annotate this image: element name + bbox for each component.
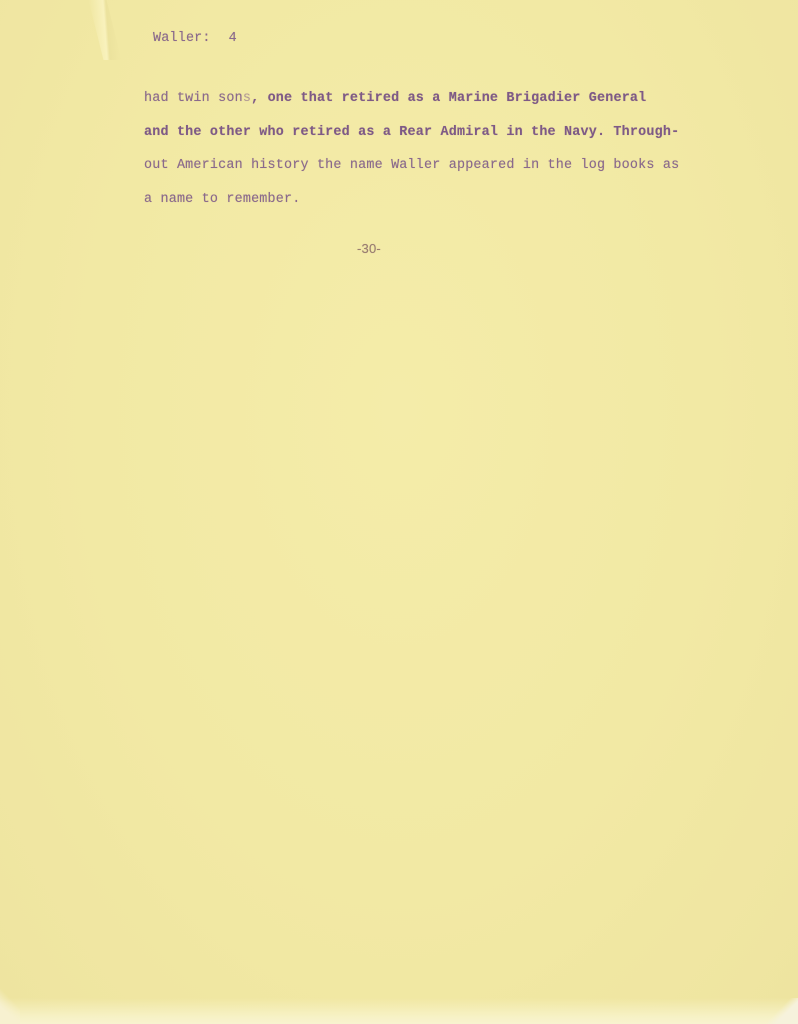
paper-corner-bottom-right bbox=[768, 998, 798, 1024]
text-segment: out American history the name Waller app… bbox=[144, 158, 679, 173]
header-name: Waller: bbox=[153, 31, 211, 46]
paper-corner-bottom-left bbox=[0, 984, 20, 1024]
page-number: 4 bbox=[229, 31, 237, 46]
end-mark: -30- bbox=[357, 241, 381, 256]
text-segment: s bbox=[243, 91, 251, 106]
paper-crease bbox=[89, 0, 122, 60]
paper-bottom-edge bbox=[0, 998, 798, 1024]
typewritten-page: Waller:4 had twin sons, one that retired… bbox=[0, 0, 798, 1024]
body-line-2: and the other who retired as a Rear Admi… bbox=[144, 125, 679, 140]
body-line-4: a name to remember. bbox=[144, 192, 300, 207]
body-line-3: out American history the name Waller app… bbox=[144, 158, 679, 173]
text-segment: , one that retired as a Marine Brigadier… bbox=[251, 91, 646, 106]
text-segment: had twin son bbox=[144, 91, 243, 106]
page-header: Waller:4 bbox=[153, 31, 237, 46]
body-line-1: had twin sons, one that retired as a Mar… bbox=[144, 91, 646, 106]
